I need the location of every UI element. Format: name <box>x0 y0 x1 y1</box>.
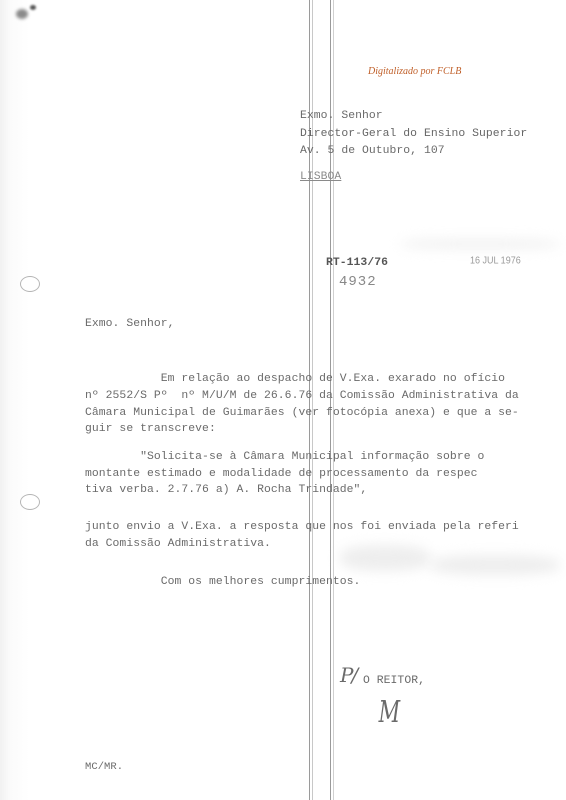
reference-number: RT-113/76 <box>326 256 388 271</box>
punch-hole-icon <box>20 276 40 292</box>
signature: M <box>379 695 401 730</box>
address-line-street: Av. 5 de Outubro, 107 <box>300 144 445 159</box>
quotation-line: tiva verba. 2.7.76 a) A. Rocha Trindade"… <box>85 483 367 498</box>
body-line: Em relação ao despacho de V.Exa. exarado… <box>85 372 505 387</box>
ink-stain <box>30 5 36 10</box>
signer-title: O REITOR, <box>363 674 425 689</box>
registry-number: 4932 <box>339 275 377 290</box>
closing-line: Com os melhores cumprimentos. <box>85 575 360 590</box>
body-line: Câmara Municipal de Guimarães (ver fotoc… <box>85 406 519 421</box>
body-line: guir se transcreve: <box>85 422 216 437</box>
conclusion-line: junto envio a V.Exa. a resposta que nos … <box>85 520 519 535</box>
digitization-stamp: Digitalizado por FCLB <box>368 66 461 77</box>
handwritten-note: P/ <box>340 663 356 687</box>
quotation-line: montante estimado e modalidade de proces… <box>85 467 477 482</box>
typist-initials: MC/MR. <box>85 760 123 775</box>
quotation-line: "Solicita-se à Câmara Municipal informaç… <box>85 450 484 465</box>
address-line-title: Director-Geral do Ensino Superior <box>300 127 527 142</box>
ink-stain <box>16 9 28 19</box>
scan-smudge <box>430 555 560 575</box>
received-date-stamp: 16 JUL 1976 <box>470 254 521 266</box>
scanned-letter-page: Digitalizado por FCLB Exmo. Senhor Direc… <box>0 0 566 800</box>
punch-hole-icon <box>20 494 40 510</box>
salutation: Exmo. Senhor, <box>85 317 175 332</box>
conclusion-line: da Comissão Administrativa. <box>85 537 271 552</box>
address-city: LISBOA <box>300 170 341 185</box>
scan-smudge <box>340 545 430 571</box>
scan-smudge <box>400 240 560 248</box>
body-line: nº 2552/S Pº nº M/U/M de 26.6.76 da Comi… <box>85 389 519 404</box>
address-line-salutation: Exmo. Senhor <box>300 109 383 124</box>
